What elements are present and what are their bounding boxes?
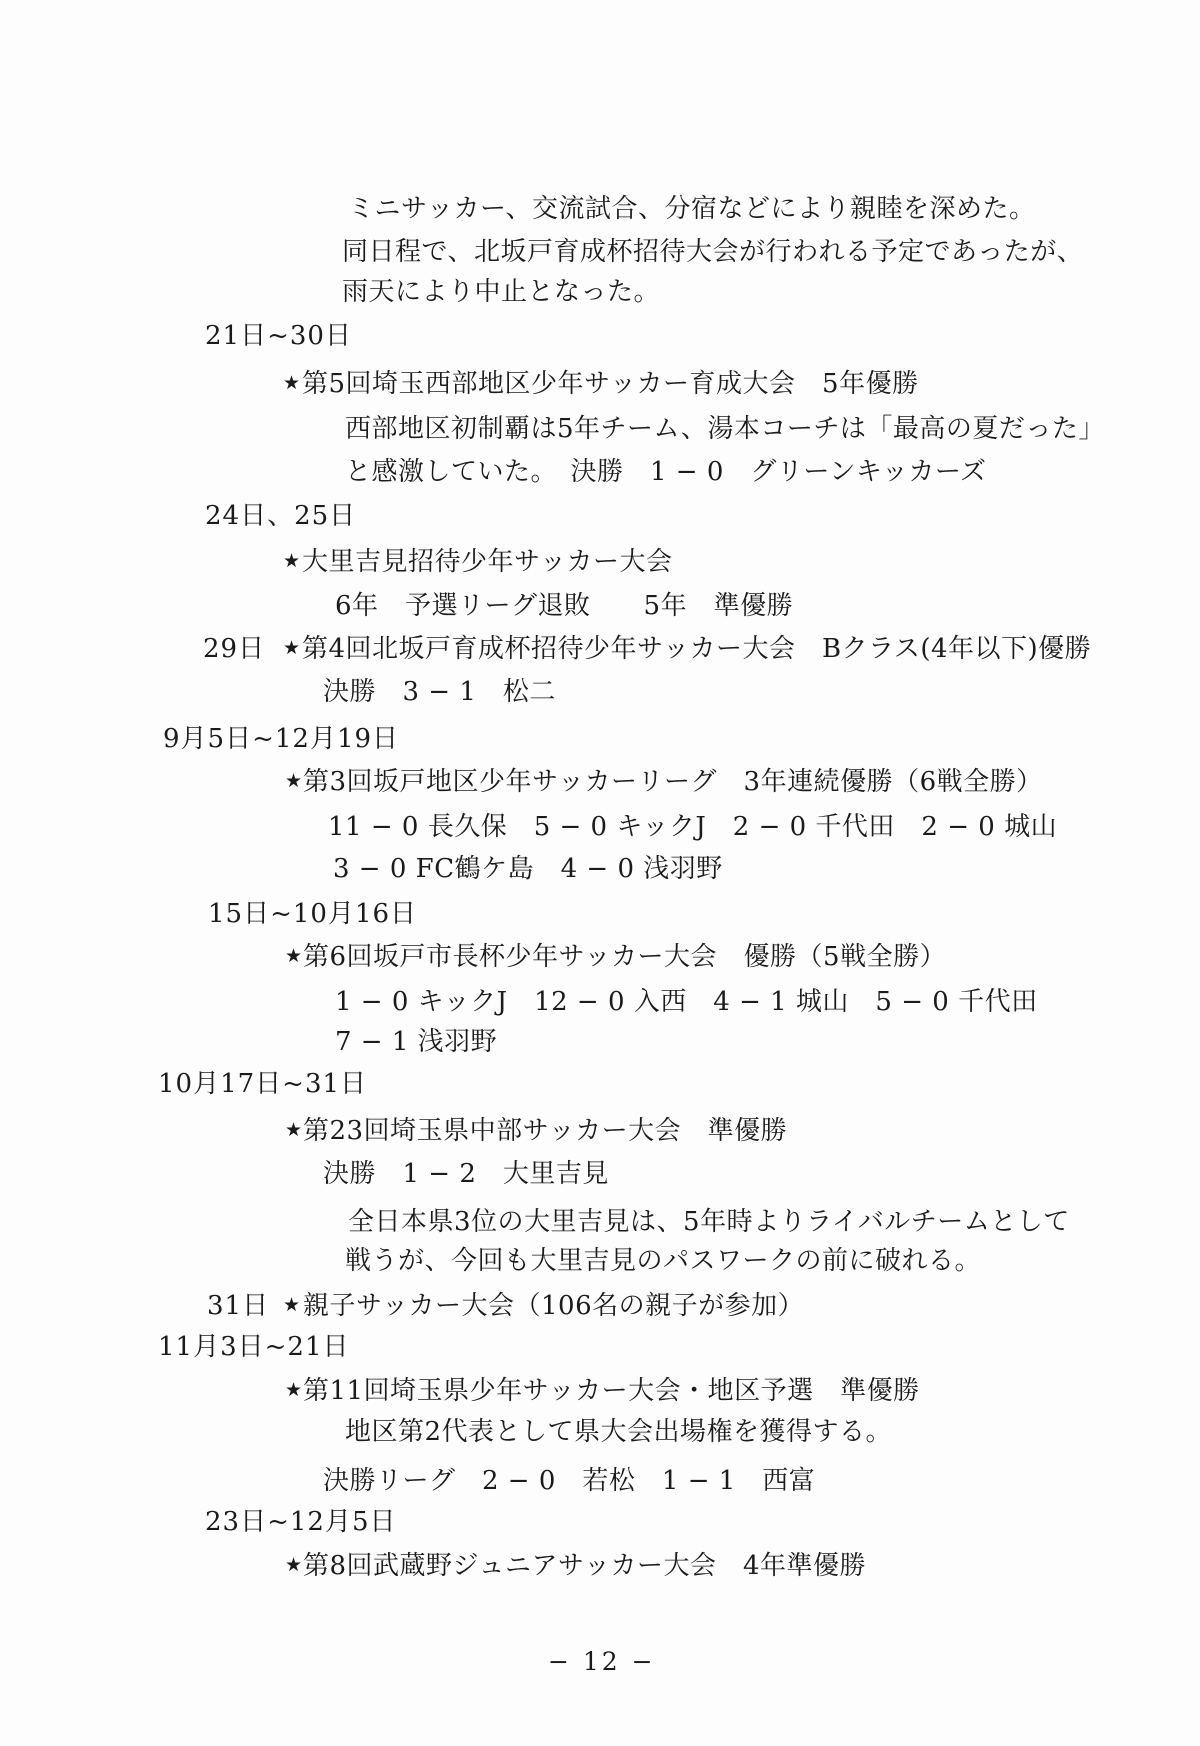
date-15-oct16: 15日~10月16日 (208, 899, 417, 930)
star-bullet-icon: ★ (285, 770, 302, 793)
star-bullet-icon: ★ (283, 372, 300, 395)
line-osato-rival-note-2: 戦うが、今回も大里吉見のパスワークの前に破れる。 (345, 1246, 981, 1277)
line-league-scores-2: 3 − 0 FC鶴ケ島 4 − 0 浅羽野 (333, 854, 723, 885)
line-final-3-1-matsuni: 決勝 3 − 1 松二 (323, 677, 556, 708)
star-bullet-icon: ★ (283, 637, 300, 660)
date-nov3-21: 11月3日~21日 (158, 1332, 350, 1363)
star-bullet-icon: ★ (285, 1554, 302, 1577)
line-rain-cancel-note: 雨天により中止となった。 (342, 277, 660, 308)
star-bullet-icon: ★ (283, 550, 300, 573)
date-sep5-dec19: 9月5日~12月19日 (163, 724, 399, 755)
date-23-dec5: 23日~12月5日 (205, 1507, 397, 1538)
entry-sakado-district-league-seg2: 第3回坂戸地区少年サッカーリーグ 3年連続優勝（6戦全勝） (303, 767, 1043, 798)
line-final-league-scores: 決勝リーグ 2 − 0 若松 1 − 1 西富 (323, 1466, 815, 1497)
entry-chubu-tournament-seg2: 第23回埼玉県中部サッカー大会 準優勝 (303, 1116, 787, 1147)
document-page: ミニサッカー、交流試合、分宿などにより親睦を深めた。同日程で、北坂戸育成杯招待大… (0, 0, 1200, 1746)
star-bullet-icon: ★ (283, 1294, 300, 1317)
entry-kitasakado-ikusei-seg1: 29日 (203, 634, 265, 665)
line-mayor-cup-scores-1: 1 − 0 キックJ 12 − 0 入西 4 − 1 城山 5 − 0 千代田 (335, 987, 1038, 1018)
entry-musashino-junior-seg2: 第8回武蔵野ジュニアサッカー大会 4年準優勝 (303, 1551, 866, 1582)
entry-oyako-soccer-seg3: 親子サッカー大会（106名の親子が参加） (303, 1291, 804, 1322)
line-second-representative-note: 地区第2代表として県大会出場権を獲得する。 (345, 1417, 892, 1448)
date-oct17-31: 10月17日~31日 (158, 1069, 367, 1100)
line-mayor-cup-scores-2: 7 − 1 浅羽野 (335, 1027, 497, 1058)
line-seibu-first-win-note: 西部地区初制覇は5年チーム、湯本コーチは「最高の夏だった」 (345, 414, 1105, 445)
date-24-25: 24日、25日 (205, 501, 356, 532)
entry-oyako-soccer-seg1: 31日 (207, 1291, 269, 1322)
star-bullet-icon: ★ (285, 1119, 302, 1142)
line-same-schedule-note: 同日程で、北坂戸育成杯招待大会が行われる予定であったが、 (342, 237, 1083, 268)
entry-pref-qualifier-seg2: 第11回埼玉県少年サッカー大会・地区予選 準優勝 (303, 1376, 920, 1407)
line-minisoccer-note: ミニサッカー、交流試合、分宿などにより親睦を深めた。 (348, 194, 1035, 225)
entry-seibu-ikusei-tournament-seg2: 第5回埼玉西部地区少年サッカー育成大会 5年優勝 (302, 369, 919, 400)
line-final-1-2-osato: 決勝 1 − 2 大里吉見 (323, 1159, 609, 1190)
page-number: − 12 − (548, 1647, 656, 1677)
line-league-scores-1: 11 − 0 長久保 5 − 0 キックJ 2 − 0 千代田 2 − 0 城山 (328, 812, 1057, 843)
date-21-30: 21日~30日 (205, 321, 352, 352)
entry-mayor-cup-seg2: 第6回坂戸市長杯少年サッカー大会 優勝（5戦全勝） (303, 942, 946, 973)
entry-kitasakado-ikusei-seg3: 第4回北坂戸育成杯招待少年サッカー大会 Bクラス(4年以下)優勝 (302, 634, 1091, 665)
line-grade-results: 6年 予選リーグ退敗 5年 準優勝 (335, 591, 793, 622)
line-osato-rival-note-1: 全日本県3位の大里吉見は、5年時よりライバルチームとして (348, 1207, 1070, 1238)
star-bullet-icon: ★ (285, 945, 302, 968)
entry-osato-yoshimi-invitational-seg2: 大里吉見招待少年サッカー大会 (302, 547, 672, 578)
star-bullet-icon: ★ (285, 1379, 302, 1402)
line-kangeki-final-score: と感激していた。 決勝 1 − 0 グリーンキッカーズ (345, 457, 987, 488)
